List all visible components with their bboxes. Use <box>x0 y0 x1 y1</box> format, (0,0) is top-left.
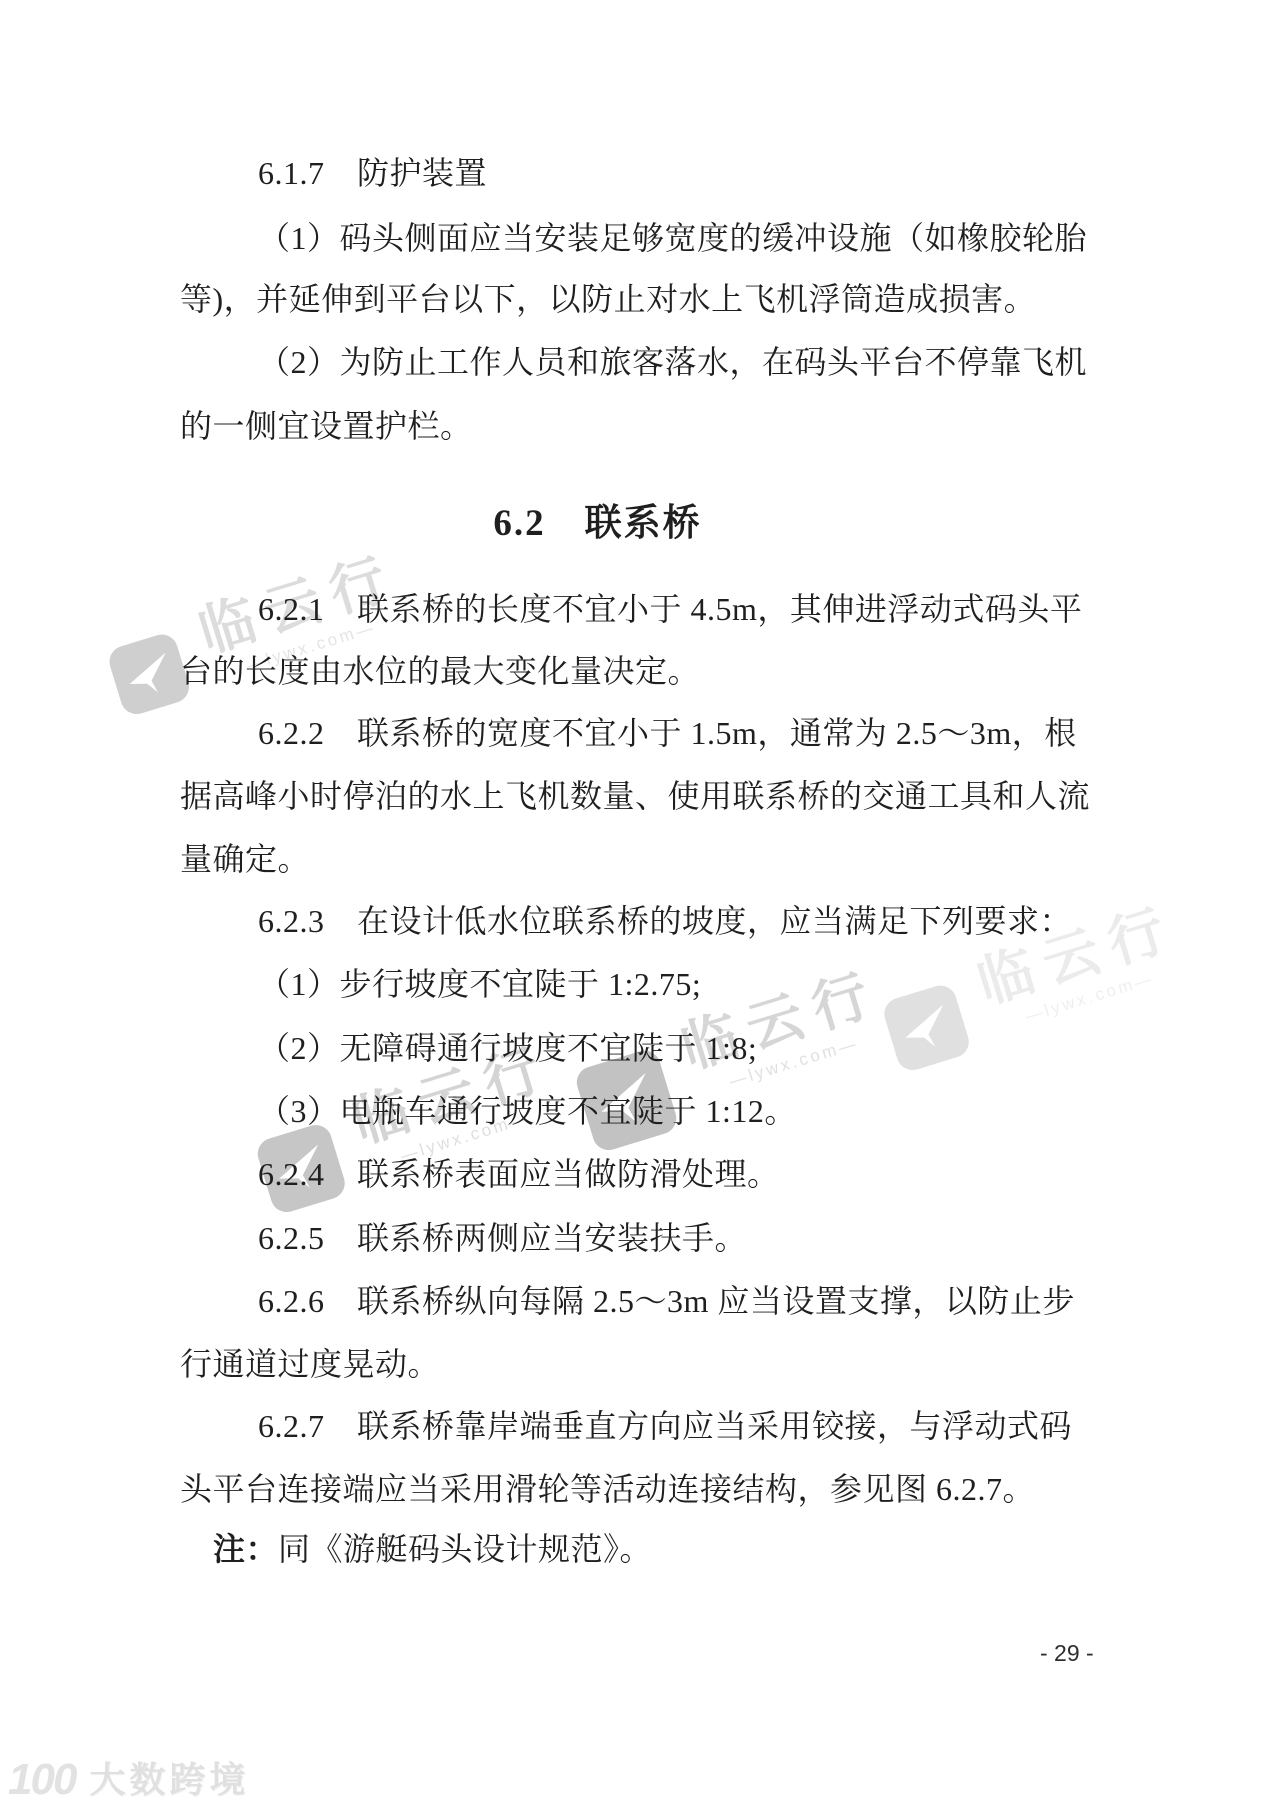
clause-6-1-7-item1-line2: 等)，并延伸到平台以下，以防止对水上飞机浮筒造成损害。 <box>180 281 1036 318</box>
dashukuajing-logo-icon: 100 <box>8 1758 75 1802</box>
clause-6-2-4: 6.2.4 联系桥表面应当做防滑处理。 <box>258 1156 780 1193</box>
clause-6-2-3-item3: （3）电瓶车通行坡度不宜陡于 1:12。 <box>258 1093 797 1130</box>
section-6-2-heading: 6.2 联系桥 <box>0 492 1195 546</box>
clause-6-1-7-item2-line2: 的一侧宜设置护栏。 <box>180 408 473 445</box>
clause-6-2-3: 6.2.3 在设计低水位联系桥的坡度，应当满足下列要求： <box>258 903 1072 940</box>
document-page: 临云行 —lywx.com— 临云行 —lywx.com— 临云行 —lywx.… <box>0 0 1280 1810</box>
clause-6-2-1-line2: 台的长度由水位的最大变化量决定。 <box>180 653 700 690</box>
clause-6-2-2-line3: 量确定。 <box>180 841 310 878</box>
note-text: 同《游艇码头设计规范》。 <box>278 1531 652 1567</box>
watermark-linyunxing: 临云行 —lywx.com— <box>106 563 413 718</box>
watermark-dashukuajing: 100 大数跨境 <box>8 1758 249 1802</box>
clause-6-1-7-item2-line1: （2）为防止工作人员和旅客落水，在码头平台不停靠飞机 <box>258 344 1087 381</box>
clause-6-2-1-line1: 6.2.1 联系桥的长度不宜小于 4.5m，其伸进浮动式码头平 <box>258 591 1082 628</box>
clause-6-2-7-line1: 6.2.7 联系桥靠岸端垂直方向应当采用铰接，与浮动式码 <box>258 1408 1072 1445</box>
clause-6-2-3-item1: （1）步行坡度不宜陡于 1:2.75; <box>258 966 701 1003</box>
note-label: 注： <box>213 1531 278 1567</box>
clause-6-1-7-title: 6.1.7 防护装置 <box>258 155 487 192</box>
clause-6-2-2-line2: 据高峰小时停泊的水上飞机数量、使用联系桥的交通工具和人流 <box>180 778 1090 815</box>
clause-6-1-7-item1-line1: （1）码头侧面应当安装足够宽度的缓冲设施（如橡胶轮胎 <box>258 220 1087 257</box>
dashukuajing-brand-text: 大数跨境 <box>89 1762 249 1798</box>
clause-6-2-2-line1: 6.2.2 联系桥的宽度不宜小于 1.5m，通常为 2.5～3m，根 <box>258 715 1077 752</box>
paper-plane-icon <box>880 982 972 1074</box>
watermark-domain-text: —lywx.com— <box>989 958 1190 1037</box>
clause-6-2-6-line1: 6.2.6 联系桥纵向每隔 2.5～3m 应当设置支撑，以防止步 <box>258 1283 1075 1320</box>
clause-6-2-3-item2: （2）无障碍通行坡度不宜陡于 1:8; <box>258 1030 757 1067</box>
clause-6-2-6-line2: 行通道过度晃动。 <box>180 1346 440 1383</box>
page-number: - 29 - <box>1040 1640 1094 1667</box>
note-line: 注：同《游艇码头设计规范》。 <box>213 1531 652 1568</box>
clause-6-2-5: 6.2.5 联系桥两侧应当安装扶手。 <box>258 1220 747 1257</box>
clause-6-2-7-line2: 头平台连接端应当采用滑轮等活动连接结构，参见图 6.2.7。 <box>180 1471 1035 1508</box>
